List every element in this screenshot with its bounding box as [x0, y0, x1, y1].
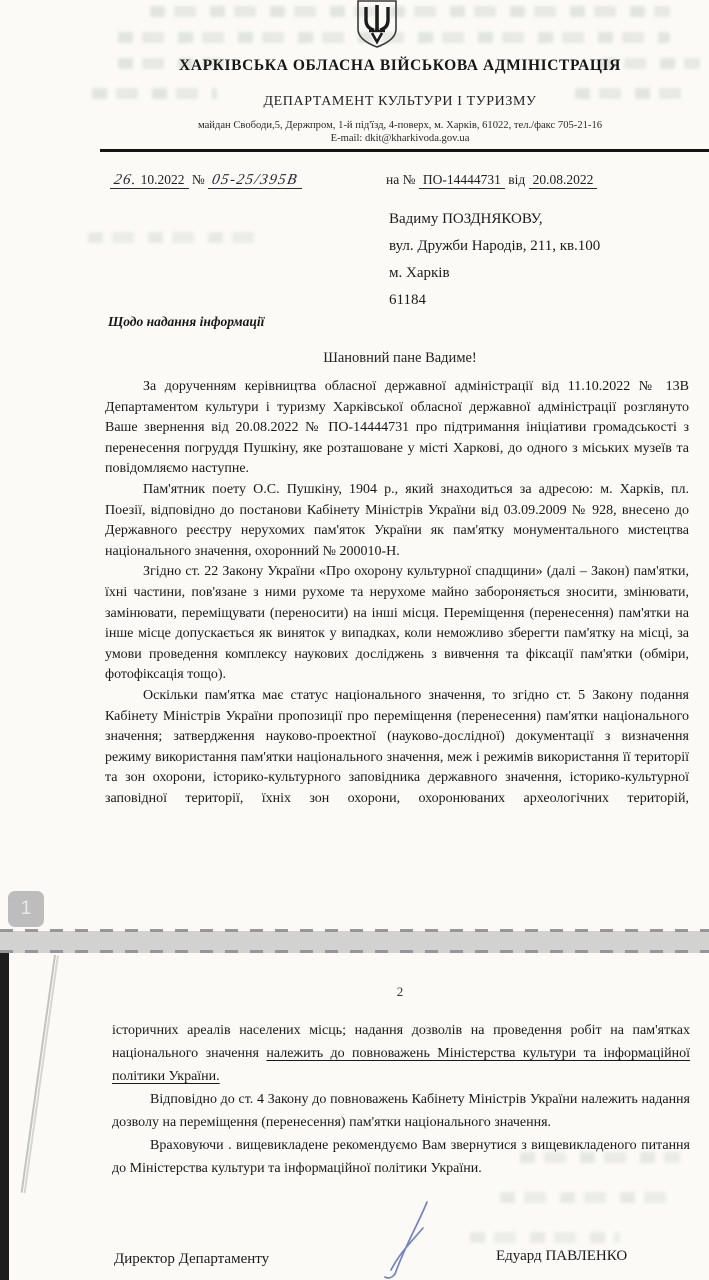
bleedthrough-artifact — [470, 1232, 620, 1243]
letter-body-page-1: За дорученням керівництва обласної держа… — [105, 377, 689, 809]
letterhead-email: E-mail: dkit@kharkivoda.gov.ua — [100, 133, 700, 144]
paragraph: Оскільки пам'ятка має статус національно… — [105, 686, 689, 810]
handwritten-signature — [381, 1198, 443, 1280]
salutation: Шановний пане Вадиме! — [100, 350, 700, 367]
ukraine-trident-emblem — [351, 0, 403, 49]
letterhead-address: майдан Свободи,5, Держпром, 1-й під'їзд,… — [100, 120, 700, 131]
incoming-number: ПО-14444731 — [419, 172, 505, 189]
letterhead-divider — [100, 149, 709, 152]
reply-date-label: від — [508, 172, 525, 187]
scanned-letter-viewer: ХАРКІВСЬКА ОБЛАСНА ВІЙСЬКОВА АДМІНІСТРАЦ… — [0, 0, 709, 1280]
outgoing-reference: 26. 10.2022 № 05-25/395В — [110, 172, 302, 189]
addressee-postcode: 61184 — [389, 287, 600, 314]
bleedthrough-artifact — [500, 1192, 668, 1203]
outgoing-date: 26. 10.2022 — [110, 172, 189, 189]
handwritten-number: 05-25/395В — [211, 172, 300, 189]
paragraph: Відповідно до ст. 4 Закону до повноважен… — [112, 1088, 690, 1134]
addressee-name: Вадиму ПОЗДНЯКОВУ, — [389, 206, 600, 233]
scan-edge — [0, 953, 9, 1280]
addressee-city: м. Харків — [389, 260, 600, 287]
incoming-date: 20.08.2022 — [529, 172, 598, 189]
page-indicator-badge: 1 — [8, 891, 44, 927]
signatory-title: Директор Департаменту — [114, 1251, 269, 1268]
outgoing-number: 05-25/395В — [208, 172, 302, 189]
paragraph: Згідно ст. 22 Закону України «Про охорон… — [105, 562, 689, 686]
bleedthrough-artifact — [150, 6, 670, 17]
number-sign: № — [192, 172, 205, 187]
paragraph: Враховуючи . вищевикладене рекомендуємо … — [112, 1134, 690, 1180]
incoming-reference: на № ПО-14444731 від 20.08.2022 — [386, 172, 597, 188]
paragraph: За дорученням керівництва обласної держа… — [105, 377, 689, 480]
bleedthrough-artifact — [88, 232, 256, 243]
organization-name: ХАРКІВСЬКА ОБЛАСНА ВІЙСЬКОВА АДМІНІСТРАЦ… — [100, 57, 700, 75]
paragraph: історичних ареалів населених місць; нада… — [112, 1019, 690, 1088]
paragraph: Пам'ятник поету О.С. Пушкіну, 1904 р., я… — [105, 480, 689, 562]
letter-page-1: ХАРКІВСЬКА ОБЛАСНА ВІЙСЬКОВА АДМІНІСТРАЦ… — [0, 0, 709, 931]
page-number: 2 — [100, 984, 700, 1000]
department-name: ДЕПАРТАМЕНТ КУЛЬТУРИ І ТУРИЗМУ — [100, 94, 700, 110]
subject-line: Щодо надання інформації — [108, 314, 264, 330]
reply-prefix: на № — [386, 172, 415, 187]
signatory-name: Едуард ПАВЛЕНКО — [496, 1248, 627, 1265]
addressee-block: Вадиму ПОЗДНЯКОВУ, вул. Дружби Народів, … — [389, 206, 600, 314]
letter-body-page-2: історичних ареалів населених місць; нада… — [112, 1019, 690, 1180]
torn-edge-page-1 — [0, 929, 709, 932]
handwritten-date: 26. — [113, 172, 139, 189]
addressee-street: вул. Дружби Народів, 211, кв.100 — [389, 233, 600, 260]
